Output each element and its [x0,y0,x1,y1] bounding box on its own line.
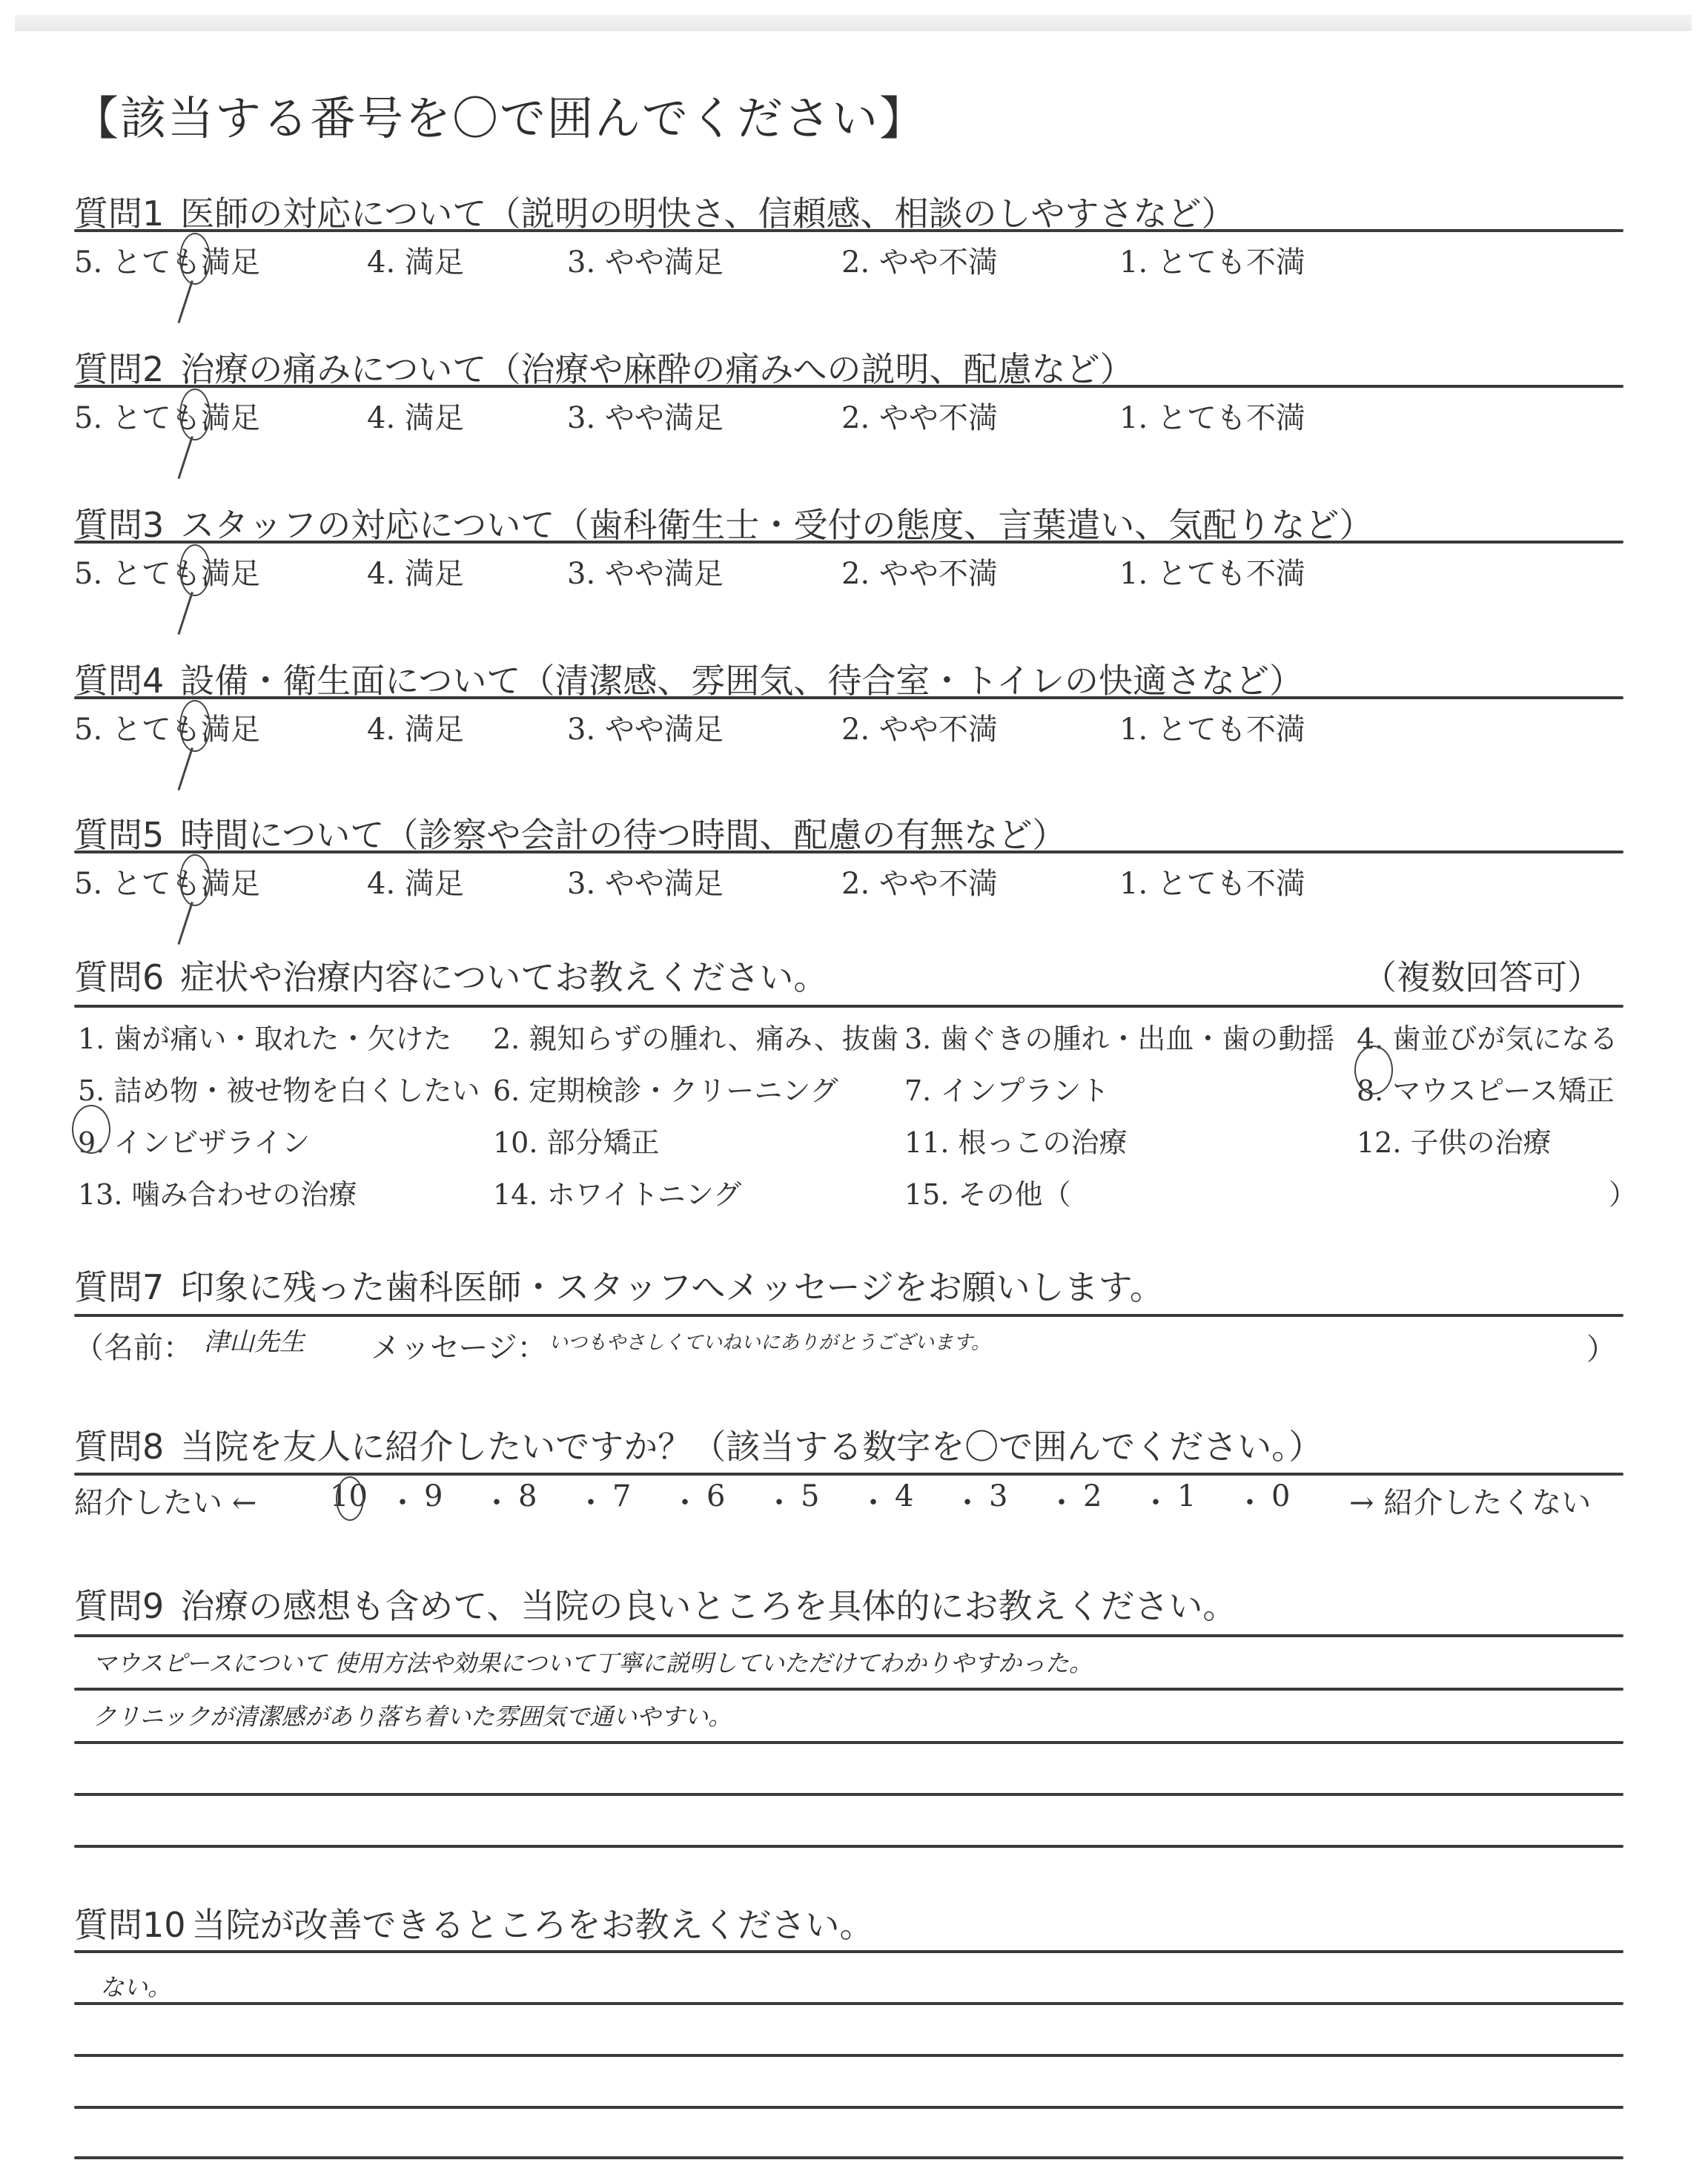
q6-option[interactable]: 1. 歯が痛い・取れた・欠けた [78,1016,451,1057]
rating-option[interactable]: 4. 満足 [367,706,464,748]
recommend-scale: 紹介したい ← → 紹介したくない 10・9・8・7・6・5・4・3・2・1・0 [74,1479,1623,1524]
rating-option[interactable]: 5. とても満足 [74,860,260,902]
rating-option[interactable]: 3. やや満足 [567,394,724,437]
q6-option[interactable]: 4. 歯並びが気になる [1357,1016,1618,1057]
q6-option[interactable]: 13. 噛み合わせの治療 [78,1172,357,1212]
q10-text: 当院が改善できるところをお教えください。 [192,1905,874,1945]
scale-separator: ・ [858,1479,888,1522]
q10-rule-1 [74,1950,1623,1953]
q9-number: 質問9 [74,1586,164,1626]
scale-value[interactable]: 1 [1177,1479,1196,1513]
q1-text: 医師の対応について（説明の明快さ、信頼感、相談のしやすさなど） [180,194,1235,234]
rating-option[interactable]: 4. 満足 [367,550,464,592]
scale-value[interactable]: 9 [424,1479,443,1513]
scale-value[interactable]: 8 [518,1479,537,1513]
rating-option[interactable]: 1. とても不満 [1119,550,1305,592]
instruction-title: 【該当する番号を〇で囲んでください】 [73,82,927,148]
q6-option[interactable]: 10. 部分矯正 [493,1120,660,1160]
q6-option[interactable]: 12. 子供の治療 [1357,1120,1552,1160]
q9-rule-3 [74,1741,1623,1744]
q6-rule [74,1005,1623,1008]
q5-text: 時間について（診察や会計の待つ時間、配慮の有無など） [180,815,1066,855]
rating-option[interactable]: 4. 満足 [367,860,464,902]
q6-option[interactable]: 8. マウスピース矯正 [1357,1068,1615,1109]
scale-value[interactable]: 7 [612,1479,631,1513]
hand-drawn-stroke [177,592,193,635]
q9-rule-5 [74,1845,1623,1848]
q6-option[interactable]: 2. 親知らずの腫れ、痛み、抜歯 [493,1016,898,1057]
q10-heading: 質問10当院が改善できるところをお教えください。 [74,1898,874,1947]
q4-options: 5. とても満足4. 満足3. やや満足2. やや不満1. とても不満 [74,706,1623,747]
hand-drawn-stroke [177,747,193,790]
q4-rule [74,696,1623,699]
q10-rule-4 [74,2106,1623,2109]
q3-text: スタッフの対応について（歯科衛生士・受付の態度、言葉遣い、気配りなど） [180,505,1373,545]
q6-other-close-paren: ） [1609,1172,1637,1212]
rating-option[interactable]: 1. とても不満 [1119,706,1305,748]
hand-drawn-circle-mark [179,700,211,752]
rating-option[interactable]: 4. 満足 [367,394,464,437]
scale-separator: ・ [576,1479,606,1522]
q1-options: 5. とても満足4. 満足3. やや満足2. やや不満1. とても不満 [74,239,1623,280]
q6-number: 質問6 [74,957,164,997]
rating-option[interactable]: 5. とても満足 [74,550,260,592]
q6-option[interactable]: 15. その他（ [904,1172,1071,1212]
scale-value[interactable]: 4 [895,1479,913,1513]
q9-rule-2 [74,1688,1623,1691]
q6-text: 症状や治療内容についてお教えください。 [180,957,827,997]
q2-rule [74,385,1623,388]
rating-option[interactable]: 2. やや不満 [841,706,998,748]
rating-option[interactable]: 2. やや不満 [841,860,998,902]
q4-text: 設備・衛生面について（清潔感、雰囲気、待合室・トイレの快適さなど） [180,661,1303,701]
q2-text: 治療の痛みについて（治療や麻酔の痛みへの説明、配慮など） [180,349,1133,389]
q6-note: （複数回答可） [1363,951,1601,1000]
q1-number: 質問1 [74,194,164,234]
scale-right-label: → 紹介したくない [1349,1479,1591,1522]
rating-option[interactable]: 3. やや満足 [567,239,724,281]
q6-option[interactable]: 5. 詰め物・被せ物を白くしたい [78,1068,480,1109]
q5-options: 5. とても満足4. 満足3. やや満足2. やや不満1. とても不満 [74,860,1623,902]
hand-drawn-stroke [177,902,193,945]
scale-separator: ・ [764,1479,794,1522]
rating-option[interactable]: 5. とても満足 [74,239,260,281]
rating-option[interactable]: 2. やや不満 [841,550,998,592]
q7-rule [74,1314,1623,1317]
q3-rule [74,541,1623,544]
q3-options: 5. とても満足4. 満足3. やや満足2. やや不満1. とても不満 [74,550,1623,592]
q10-rule-3 [74,2054,1623,2057]
q9-text: 治療の感想も含めて、当院の良いところを具体的にお教えください。 [180,1586,1237,1626]
q6-heading: 質問6症状や治療内容についてお教えください。 [74,951,827,1000]
scale-separator: ・ [1141,1479,1171,1522]
q6-option[interactable]: 3. 歯ぐきの腫れ・出血・歯の動揺 [904,1016,1334,1057]
q1-rule [74,229,1623,232]
q7-close-paren: ） [1586,1326,1616,1368]
scale-value[interactable]: 6 [706,1479,725,1513]
scale-separator: ・ [670,1479,700,1522]
scale-left-label: 紹介したい ← [74,1479,256,1522]
rating-option[interactable]: 3. やや満足 [567,550,724,592]
scale-value[interactable]: 0 [1271,1479,1290,1513]
q9-rule-1 [74,1634,1623,1637]
hand-drawn-circle-mark [179,854,211,906]
scale-value[interactable]: 2 [1083,1479,1102,1513]
scale-value[interactable]: 3 [989,1479,1007,1513]
rating-option[interactable]: 4. 満足 [367,239,464,281]
q7-message-value[interactable]: いつもやさしくていねいにありがとうございます。 [549,1327,990,1355]
q7-number: 質問7 [74,1267,164,1307]
q7-text: 印象に残った歯科医師・スタッフへメッセージをお願いします。 [180,1267,1164,1307]
rating-option[interactable]: 3. やや満足 [567,706,724,748]
q7-name-label: （名前： [74,1324,193,1367]
rating-option[interactable]: 5. とても満足 [74,706,260,748]
scan-top-edge [15,15,1692,31]
q6-option[interactable]: 11. 根っこの治療 [904,1120,1128,1160]
q5-number: 質問5 [74,815,164,855]
q9-answer-line-2[interactable]: クリニックが清潔感があり落ち着いた雰囲気で通いやすい。 [93,1698,732,1732]
hand-drawn-stroke [177,436,193,479]
q10-answer-line-1[interactable]: ない。 [100,1969,171,2003]
q10-rule-5 [74,2156,1623,2159]
q10-rule-2 [74,2002,1623,2005]
q9-answer-line-1[interactable]: マウスピースについて 使用方法や効果について丁寧に説明していただけてわかりやすか… [93,1645,1093,1679]
q4-number: 質問4 [74,661,164,701]
hand-drawn-circle-mark [179,544,211,596]
q6-option[interactable]: 9. インビザライン [78,1120,310,1160]
hand-drawn-circle-mark [72,1105,110,1154]
q2-number: 質問2 [74,349,164,389]
rating-option[interactable]: 1. とても不満 [1119,860,1305,902]
q6-option[interactable]: 6. 定期検診・クリーニング [493,1068,838,1109]
hand-drawn-stroke [177,280,193,323]
scale-value[interactable]: 5 [801,1479,819,1513]
q9-heading: 質問9治療の感想も含めて、当院の良いところを具体的にお教えください。 [74,1579,1237,1628]
q10-number: 質問10 [74,1905,186,1945]
scale-separator: ・ [1235,1479,1265,1522]
q7-heading: 質問7印象に残った歯科医師・スタッフへメッセージをお願いします。 [74,1261,1164,1309]
q2-options: 5. とても満足4. 満足3. やや満足2. やや不満1. とても不満 [74,394,1623,436]
scale-separator: ・ [388,1479,417,1522]
rating-option[interactable]: 1. とても不満 [1119,239,1305,281]
q7-message-label: メッセージ： [371,1324,547,1367]
rating-option[interactable]: 3. やや満足 [567,860,724,902]
q7-name-value[interactable]: 津山先生 [204,1321,305,1358]
rating-option[interactable]: 1. とても不満 [1119,394,1305,437]
rating-option[interactable]: 2. やや不満 [841,394,998,437]
scale-separator: ・ [482,1479,512,1522]
q5-rule [74,851,1623,853]
hand-drawn-circle-mark [336,1476,364,1521]
rating-option[interactable]: 2. やや不満 [841,239,998,281]
q6-option[interactable]: 14. ホワイトニング [493,1172,741,1212]
q3-number: 質問3 [74,505,164,545]
q8-rule [74,1473,1623,1476]
q8-heading: 質問8当院を友人に紹介したいですか？（該当する数字を〇で囲んでください。） [74,1420,1323,1469]
q9-rule-4 [74,1793,1623,1796]
hand-drawn-circle-mark [179,233,211,285]
hand-drawn-circle-mark [1354,1046,1393,1094]
hand-drawn-circle-mark [179,389,211,440]
scale-separator: ・ [953,1479,982,1522]
rating-option[interactable]: 5. とても満足 [74,394,260,437]
q8-text: 当院を友人に紹介したいですか？（該当する数字を〇で囲んでください。） [180,1427,1323,1467]
q8-number: 質問8 [74,1427,164,1467]
scale-separator: ・ [1047,1479,1076,1522]
q6-option[interactable]: 7. インプラント [904,1068,1109,1109]
